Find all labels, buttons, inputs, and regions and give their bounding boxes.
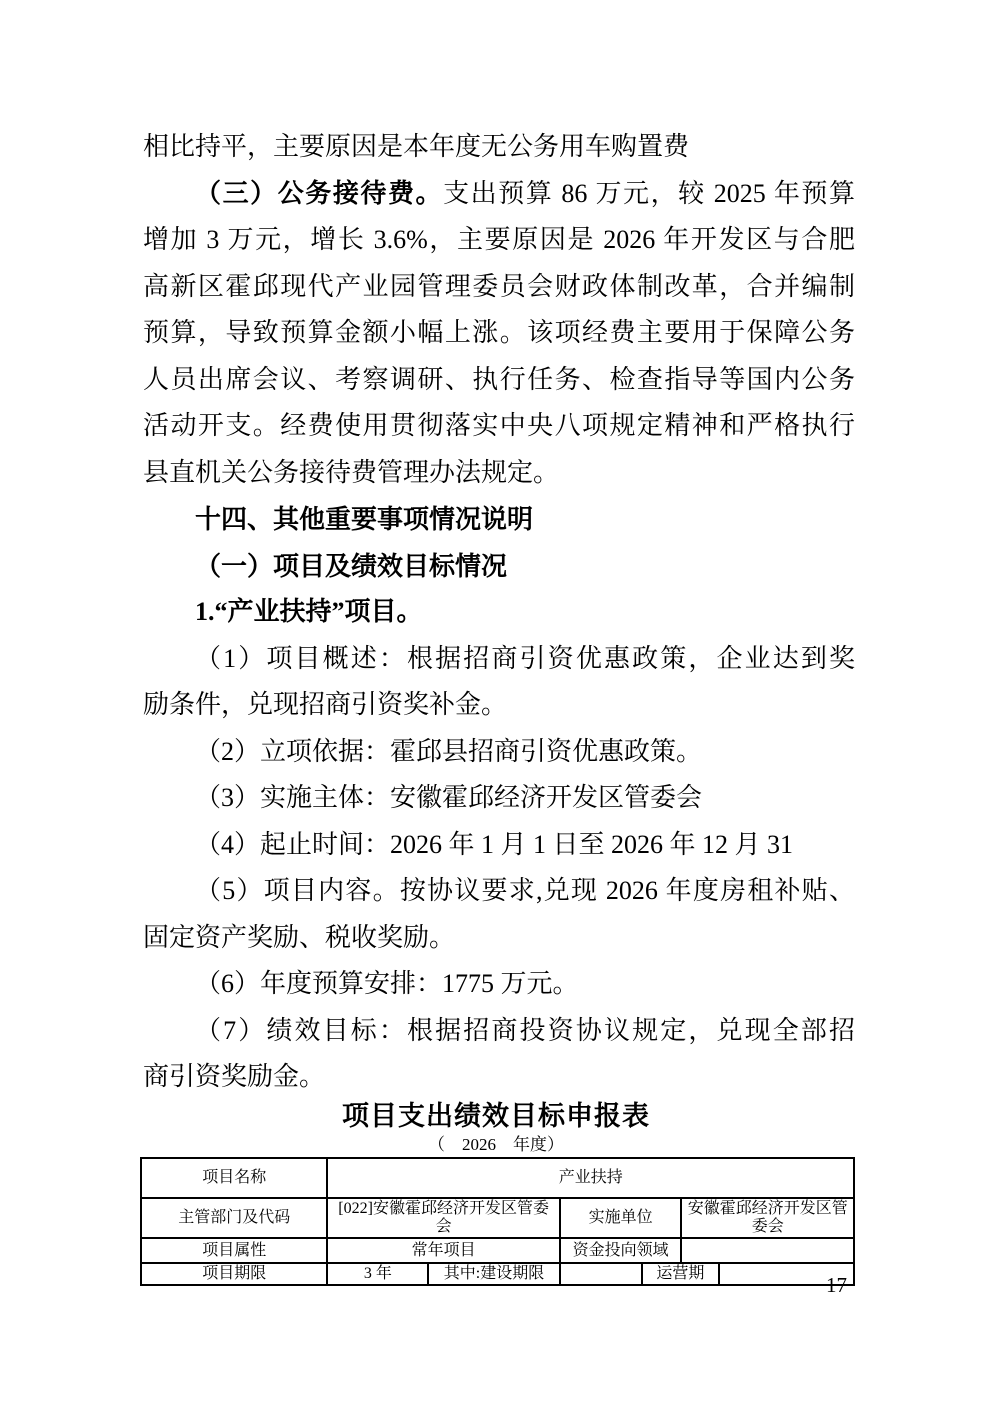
text-line: （4）起止时间：2026 年 1 月 1 日至 2026 年 12 月 31 [143, 822, 855, 869]
text-line: 高新区霍邱现代产业园管理委员会财政体制改革，合并编制 [143, 264, 855, 311]
text-run: （4）起止时间：2026 年 1 月 1 日至 2026 年 12 月 31 [195, 830, 793, 859]
text-line: 增加 3 万元，增长 3.6%，主要原因是 2026 年开发区与合肥 [143, 217, 855, 264]
text-line: （3）实施主体：安徽霍邱经济开发区管委会 [143, 775, 855, 822]
text-run: （1）项目概述：根据招商引资优惠政策，企业达到奖 [195, 644, 855, 673]
table-cell: 主管部门及代码 [141, 1198, 327, 1238]
text-run: （6）年度预算安排：1775 万元。 [195, 969, 579, 998]
report-title: 项目支出绩效目标申报表 [0, 1098, 992, 1134]
text-run: 活动开支。经费使用贯彻落实中央八项规定精神和严格执行 [143, 411, 855, 440]
text-line: （1）项目概述：根据招商引资优惠政策，企业达到奖 [143, 636, 855, 683]
text-run: （3）实施主体：安徽霍邱经济开发区管委会 [195, 783, 702, 812]
text-run: （一）项目及绩效目标情况 [195, 551, 507, 581]
text-run: 预算，导致预算金额小幅上涨。该项经费主要用于保障公务 [143, 318, 855, 347]
text-line: （7）绩效目标：根据招商投资协议规定，兑现全部招 [143, 1008, 855, 1055]
table-cell: 项目期限 [141, 1263, 327, 1285]
table-row: 项目期限3 年其中:建设期限运营期 [141, 1263, 854, 1285]
text-line: 县直机关公务接待费管理办法规定。 [143, 450, 855, 497]
table-cell: 安徽霍邱经济开发区管委会 [681, 1198, 854, 1238]
text-line: （2）立项依据：霍邱县招商引资优惠政策。 [143, 729, 855, 776]
text-run: 1.“产业扶持”项目。 [195, 597, 423, 626]
table-row: 主管部门及代码[022]安徽霍邱经济开发区管委会实施单位安徽霍邱经济开发区管委会 [141, 1198, 854, 1238]
text-line: （三）公务接待费。支出预算 86 万元，较 2025 年预算 [143, 171, 855, 218]
text-line: 励条件，兑现招商引资奖补金。 [143, 682, 855, 729]
performance-target-table: 项目名称产业扶持主管部门及代码[022]安徽霍邱经济开发区管委会实施单位安徽霍邱… [140, 1157, 855, 1286]
body-text: 相比持平，主要原因是本年度无公务用车购置费（三）公务接待费。支出预算 86 万元… [143, 124, 855, 1101]
table-cell: 其中:建设期限 [428, 1263, 560, 1285]
table-cell [560, 1263, 642, 1285]
text-line: （6）年度预算安排：1775 万元。 [143, 961, 855, 1008]
text-run: 商引资奖励金。 [143, 1062, 325, 1091]
text-run: 十四、其他重要事项情况说明 [195, 504, 533, 534]
table-cell: 常年项目 [327, 1238, 559, 1263]
table-cell: 项目名称 [141, 1158, 327, 1198]
text-run: 县直机关公务接待费管理办法规定。 [143, 458, 559, 487]
text-run: 相比持平，主要原因是本年度无公务用车购置费 [143, 132, 689, 161]
text-run: （三）公务接待费。 [195, 179, 443, 208]
text-run: 增加 3 万元，增长 3.6%，主要原因是 2026 年开发区与合肥 [143, 225, 855, 254]
table-cell: 实施单位 [560, 1198, 682, 1238]
table-cell: [022]安徽霍邱经济开发区管委会 [327, 1198, 559, 1238]
text-run: （2）立项依据：霍邱县招商引资优惠政策。 [195, 737, 702, 766]
table-row: 项目名称产业扶持 [141, 1158, 854, 1198]
table-cell [681, 1238, 854, 1263]
text-run: 支出预算 86 万元，较 2025 年预算 [443, 179, 855, 208]
table-cell: 产业扶持 [327, 1158, 854, 1198]
text-run: 励条件，兑现招商引资奖补金。 [143, 690, 507, 719]
text-run: （7）绩效目标：根据招商投资协议规定，兑现全部招 [195, 1016, 855, 1045]
text-line: （5）项目内容。按协议要求,兑现 2026 年度房租补贴、 [143, 868, 855, 915]
table-cell: 运营期 [642, 1263, 720, 1285]
text-line: 固定资产奖励、税收奖励。 [143, 915, 855, 962]
text-line: （一）项目及绩效目标情况 [143, 543, 855, 590]
table-cell: 3 年 [327, 1263, 428, 1285]
text-line: 1.“产业扶持”项目。 [143, 589, 855, 636]
report-year: （ 2026 年度） [0, 1134, 992, 1156]
text-line: 商引资奖励金。 [143, 1054, 855, 1101]
text-line: 预算，导致预算金额小幅上涨。该项经费主要用于保障公务 [143, 310, 855, 357]
text-run: （5）项目内容。按协议要求,兑现 2026 年度房租补贴、 [195, 876, 855, 905]
table-cell: 资金投向领域 [560, 1238, 682, 1263]
document-page: 相比持平，主要原因是本年度无公务用车购置费（三）公务接待费。支出预算 86 万元… [0, 0, 992, 1403]
text-line: 十四、其他重要事项情况说明 [143, 496, 855, 543]
page-number: 17 [826, 1272, 847, 1298]
text-run: 高新区霍邱现代产业园管理委员会财政体制改革，合并编制 [143, 272, 855, 301]
text-line: 人员出席会议、考察调研、执行任务、检查指导等国内公务 [143, 357, 855, 404]
table-row: 项目属性常年项目资金投向领域 [141, 1238, 854, 1263]
text-run: 人员出席会议、考察调研、执行任务、检查指导等国内公务 [143, 365, 855, 394]
text-line: 活动开支。经费使用贯彻落实中央八项规定精神和严格执行 [143, 403, 855, 450]
text-run: 固定资产奖励、税收奖励。 [143, 923, 455, 952]
table-cell: 项目属性 [141, 1238, 327, 1263]
text-line: 相比持平，主要原因是本年度无公务用车购置费 [143, 124, 855, 171]
